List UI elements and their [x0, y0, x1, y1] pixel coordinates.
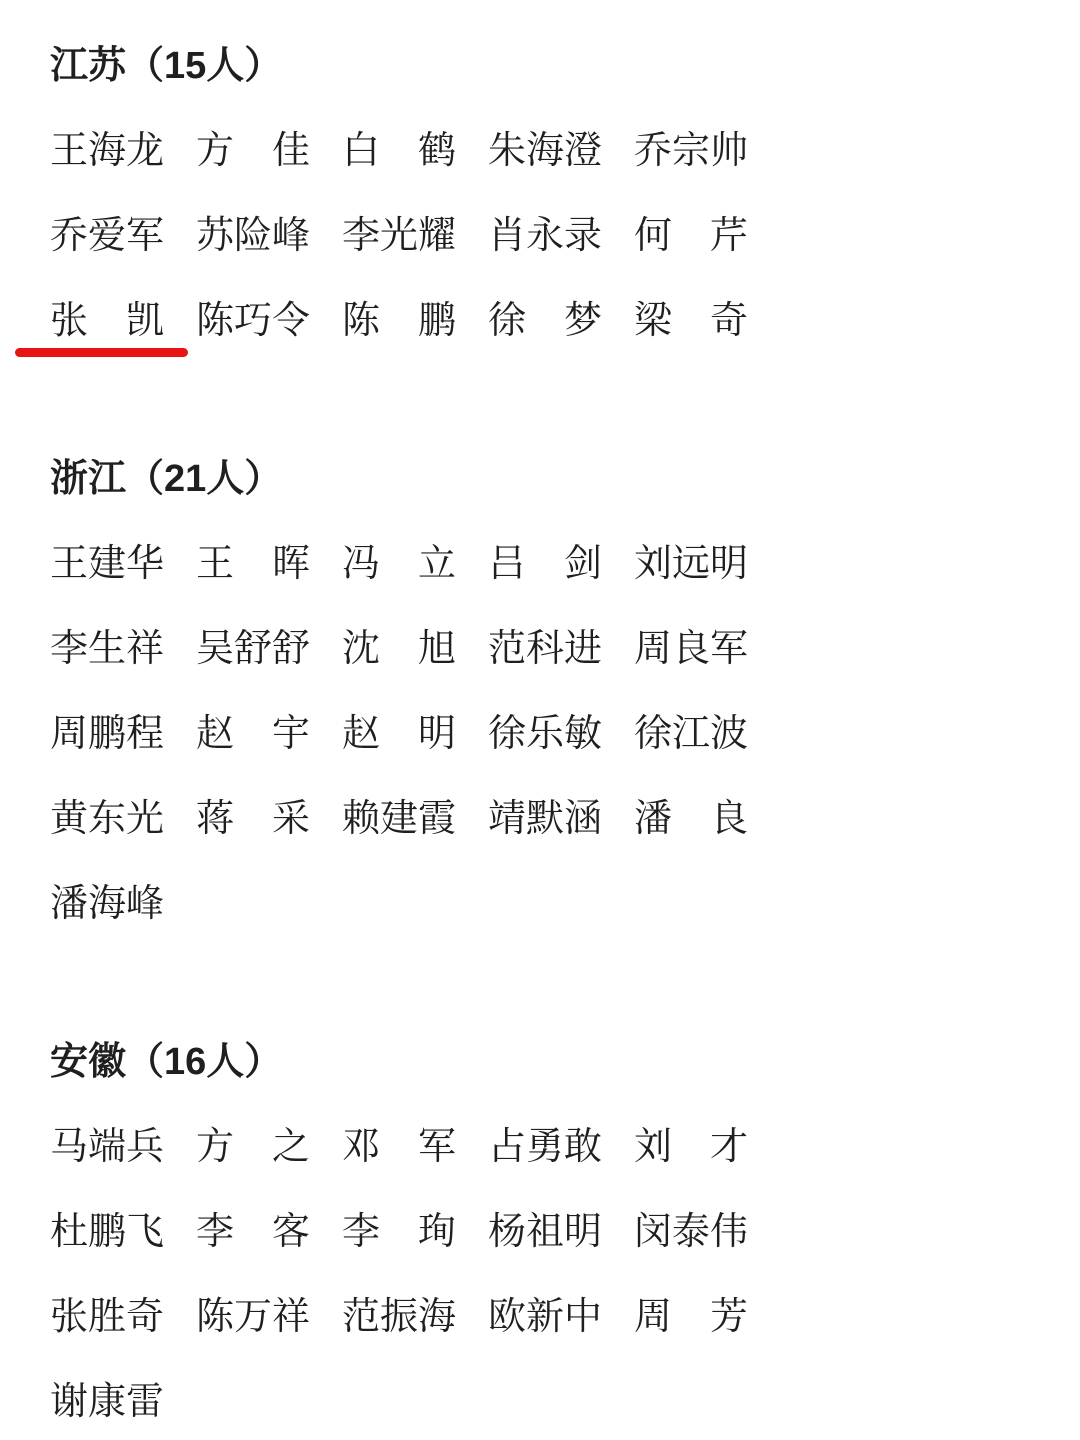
name-character: 明: [564, 1212, 602, 1252]
name-character: 何: [634, 216, 672, 256]
name-character: 康: [88, 1382, 126, 1422]
name-character: 峰: [126, 884, 164, 924]
name-character: 才: [710, 1127, 748, 1167]
name-character: 光: [126, 799, 164, 839]
name-character: 澄: [564, 131, 602, 171]
province-section: 江苏（15人）王海龙方佳白鹤朱海澄乔宗帅乔爱军苏险峰李光耀肖永录何芹张凯陈巧令陈…: [50, 46, 750, 341]
name-character: 旭: [418, 629, 456, 669]
name-character: 吕: [488, 544, 526, 584]
name-character: 乔: [634, 131, 672, 171]
name-character: 军: [418, 1127, 456, 1167]
name-row: 黄东光蒋采赖建霞靖默涵潘良: [50, 799, 750, 839]
name: 邓军: [342, 1127, 456, 1167]
name: 王晖: [196, 544, 310, 584]
name-character: 涵: [564, 799, 602, 839]
name-character: 良: [672, 629, 710, 669]
name: 徐梦: [488, 301, 602, 341]
name: 陈巧令: [196, 301, 310, 341]
name-character: 欧: [488, 1297, 526, 1337]
name-character: 祥: [126, 629, 164, 669]
name-row: 谢康雷: [50, 1382, 750, 1422]
name-character: 胜: [88, 1297, 126, 1337]
name-character: 帅: [710, 131, 748, 171]
name-character: 海: [88, 131, 126, 171]
name-character: 客: [272, 1212, 310, 1252]
name-character: 建: [88, 544, 126, 584]
name-character: 振: [380, 1297, 418, 1337]
name: 马端兵: [50, 1127, 164, 1167]
name-character: 华: [126, 544, 164, 584]
name-character: 良: [710, 799, 748, 839]
name-character: 黄: [50, 799, 88, 839]
name-row: 李生祥吴舒舒沈旭范科进周良军: [50, 629, 750, 669]
name-row: 王海龙方佳白鹤朱海澄乔宗帅: [50, 131, 750, 171]
name: 周鹏程: [50, 714, 164, 754]
name-character: 徐: [634, 714, 672, 754]
province-section: 安徽（16人）马端兵方之邓军占勇敢刘才杜鹏飞李客李珣杨祖明闵泰伟张胜奇陈万祥范振…: [50, 1042, 750, 1422]
name-character: 李: [196, 1212, 234, 1252]
name: 吴舒舒: [196, 629, 310, 669]
name-character: 明: [418, 714, 456, 754]
name: 刘远明: [634, 544, 748, 584]
name: 白鹤: [342, 131, 456, 171]
name-character: 敏: [564, 714, 602, 754]
name-character: 马: [50, 1127, 88, 1167]
name-character: 险: [234, 216, 272, 256]
name: 苏险峰: [196, 216, 310, 256]
name-character: 海: [88, 884, 126, 924]
section-title: 安徽（16人）: [50, 1042, 750, 1082]
name-character: 耀: [418, 216, 456, 256]
name-character: 谢: [50, 1382, 88, 1422]
name-character: 方: [196, 131, 234, 171]
name-character: 佳: [272, 131, 310, 171]
name-character: 端: [88, 1127, 126, 1167]
name-character: 珣: [418, 1212, 456, 1252]
name: 李生祥: [50, 629, 164, 669]
name: 李珣: [342, 1212, 456, 1252]
name-character: 白: [342, 131, 380, 171]
name-character: 万: [234, 1297, 272, 1337]
name-character: 王: [50, 131, 88, 171]
name-character: 奇: [126, 1297, 164, 1337]
name-character: 新: [526, 1297, 564, 1337]
name-character: 晖: [272, 544, 310, 584]
name: 蒋采: [196, 799, 310, 839]
name: 徐江波: [634, 714, 748, 754]
name: 乔爱军: [50, 216, 164, 256]
name-character: 令: [272, 301, 310, 341]
name: 沈旭: [342, 629, 456, 669]
name-character: 巧: [234, 301, 272, 341]
name: 肖永录: [488, 216, 602, 256]
name-character: 军: [126, 216, 164, 256]
name-row: 潘海峰: [50, 884, 750, 924]
name-character: 徐: [488, 301, 526, 341]
name-character: 勇: [526, 1127, 564, 1167]
section-title: 江苏（15人）: [50, 46, 750, 86]
name-character: 张: [50, 1297, 88, 1337]
name-character: 立: [418, 544, 456, 584]
name-character: 赖: [342, 799, 380, 839]
name-character: 海: [526, 131, 564, 171]
name-character: 李: [342, 216, 380, 256]
name: 方佳: [196, 131, 310, 171]
name: 梁奇: [634, 301, 748, 341]
name-character: 陈: [196, 301, 234, 341]
name-character: 朱: [488, 131, 526, 171]
name-character: 兵: [126, 1127, 164, 1167]
name-character: 潘: [50, 884, 88, 924]
name-character: 王: [50, 544, 88, 584]
name-character: 邓: [342, 1127, 380, 1167]
name-character: 乔: [50, 216, 88, 256]
name-character: 刘: [634, 1127, 672, 1167]
name-character: 伟: [710, 1212, 748, 1252]
name-character: 泰: [672, 1212, 710, 1252]
name-character: 范: [342, 1297, 380, 1337]
name-character: 芳: [710, 1297, 748, 1337]
name-character: 波: [710, 714, 748, 754]
name-character: 张: [50, 301, 88, 341]
name: 杜鹏飞: [50, 1212, 164, 1252]
name-character: 之: [272, 1127, 310, 1167]
name-character: 占: [488, 1127, 526, 1167]
name-row: 张胜奇陈万祥范振海欧新中周芳: [50, 1297, 750, 1337]
name-character: 方: [196, 1127, 234, 1167]
name: 陈万祥: [196, 1297, 310, 1337]
name-row: 王建华王晖冯立吕剑刘远明: [50, 544, 750, 584]
name: 李客: [196, 1212, 310, 1252]
name-character: 默: [526, 799, 564, 839]
name: 王海龙: [50, 131, 164, 171]
name-character: 剑: [564, 544, 602, 584]
name-character: 徐: [488, 714, 526, 754]
name-character: 中: [564, 1297, 602, 1337]
name: 朱海澄: [488, 131, 602, 171]
name: 徐乐敏: [488, 714, 602, 754]
name-character: 潘: [634, 799, 672, 839]
name: 谢康雷: [50, 1382, 164, 1422]
name: 闵泰伟: [634, 1212, 748, 1252]
name-character: 陈: [342, 301, 380, 341]
name-character: 吴: [196, 629, 234, 669]
name-character: 军: [710, 629, 748, 669]
name: 方之: [196, 1127, 310, 1167]
name: 黄东光: [50, 799, 164, 839]
name: 李光耀: [342, 216, 456, 256]
name: 杨祖明: [488, 1212, 602, 1252]
name-character: 芹: [710, 216, 748, 256]
name-character: 舒: [272, 629, 310, 669]
name-character: 龙: [126, 131, 164, 171]
name-character: 李: [342, 1212, 380, 1252]
name: 赵宇: [196, 714, 310, 754]
name-character: 鹏: [88, 714, 126, 754]
name-character: 闵: [634, 1212, 672, 1252]
name-list-document: 江苏（15人）王海龙方佳白鹤朱海澄乔宗帅乔爱军苏险峰李光耀肖永录何芹张凯陈巧令陈…: [50, 0, 750, 1422]
name-character: 峰: [272, 216, 310, 256]
name-character: 生: [88, 629, 126, 669]
name-row: 张凯陈巧令陈鹏徐梦梁奇: [50, 301, 750, 341]
name: 陈鹏: [342, 301, 456, 341]
name-character: 乐: [526, 714, 564, 754]
name-character: 鹤: [418, 131, 456, 171]
name-character: 舒: [234, 629, 272, 669]
name-character: 范: [488, 629, 526, 669]
name-character: 祖: [526, 1212, 564, 1252]
name-character: 爱: [88, 216, 126, 256]
name-character: 周: [634, 1297, 672, 1337]
name-character: 杨: [488, 1212, 526, 1252]
name: 刘才: [634, 1127, 748, 1167]
name-character: 周: [634, 629, 672, 669]
name: 赖建霞: [342, 799, 456, 839]
name-character: 建: [380, 799, 418, 839]
name-character: 明: [710, 544, 748, 584]
name: 何芹: [634, 216, 748, 256]
name-character: 杜: [50, 1212, 88, 1252]
name-character: 雷: [126, 1382, 164, 1422]
name-character: 周: [50, 714, 88, 754]
name-character: 飞: [126, 1212, 164, 1252]
name-character: 光: [380, 216, 418, 256]
name-character: 采: [272, 799, 310, 839]
name-character: 海: [418, 1297, 456, 1337]
name-character: 进: [564, 629, 602, 669]
name-character: 肖: [488, 216, 526, 256]
name-character: 梦: [564, 301, 602, 341]
name-character: 梁: [634, 301, 672, 341]
name-character: 永: [526, 216, 564, 256]
name-underlined: 张凯: [50, 301, 164, 341]
name-character: 凯: [126, 301, 164, 341]
name-character: 鹏: [88, 1212, 126, 1252]
name-row: 杜鹏飞李客李珣杨祖明闵泰伟: [50, 1212, 750, 1252]
name-character: 冯: [342, 544, 380, 584]
name-character: 祥: [272, 1297, 310, 1337]
name: 周良军: [634, 629, 748, 669]
name: 欧新中: [488, 1297, 602, 1337]
name-character: 宇: [272, 714, 310, 754]
name-character: 远: [672, 544, 710, 584]
name: 王建华: [50, 544, 164, 584]
name-character: 王: [196, 544, 234, 584]
name-character: 鹏: [418, 301, 456, 341]
name: 范科进: [488, 629, 602, 669]
name: 乔宗帅: [634, 131, 748, 171]
name: 潘良: [634, 799, 748, 839]
name-row: 马端兵方之邓军占勇敢刘才: [50, 1127, 750, 1167]
name: 周芳: [634, 1297, 748, 1337]
name-character: 赵: [342, 714, 380, 754]
name-character: 李: [50, 629, 88, 669]
red-underline-annotation: [15, 348, 188, 357]
section-title: 浙江（21人）: [50, 459, 750, 499]
name-character: 靖: [488, 799, 526, 839]
name: 范振海: [342, 1297, 456, 1337]
name-row: 乔爱军苏险峰李光耀肖永录何芹: [50, 216, 750, 256]
name: 潘海峰: [50, 884, 164, 924]
name: 赵明: [342, 714, 456, 754]
name-character: 程: [126, 714, 164, 754]
name-character: 敢: [564, 1127, 602, 1167]
name-character: 刘: [634, 544, 672, 584]
name-character: 江: [672, 714, 710, 754]
name: 冯立: [342, 544, 456, 584]
name: 张胜奇: [50, 1297, 164, 1337]
name-character: 苏: [196, 216, 234, 256]
name-character: 蒋: [196, 799, 234, 839]
name-character: 沈: [342, 629, 380, 669]
province-section: 浙江（21人）王建华王晖冯立吕剑刘远明李生祥吴舒舒沈旭范科进周良军周鹏程赵宇赵明…: [50, 459, 750, 924]
name: 吕剑: [488, 544, 602, 584]
name-character: 赵: [196, 714, 234, 754]
name-character: 霞: [418, 799, 456, 839]
name-character: 奇: [710, 301, 748, 341]
name-row: 周鹏程赵宇赵明徐乐敏徐江波: [50, 714, 750, 754]
name-character: 陈: [196, 1297, 234, 1337]
name: 占勇敢: [488, 1127, 602, 1167]
name-character: 录: [564, 216, 602, 256]
name-character: 东: [88, 799, 126, 839]
name: 靖默涵: [488, 799, 602, 839]
name-character: 科: [526, 629, 564, 669]
name-character: 宗: [672, 131, 710, 171]
